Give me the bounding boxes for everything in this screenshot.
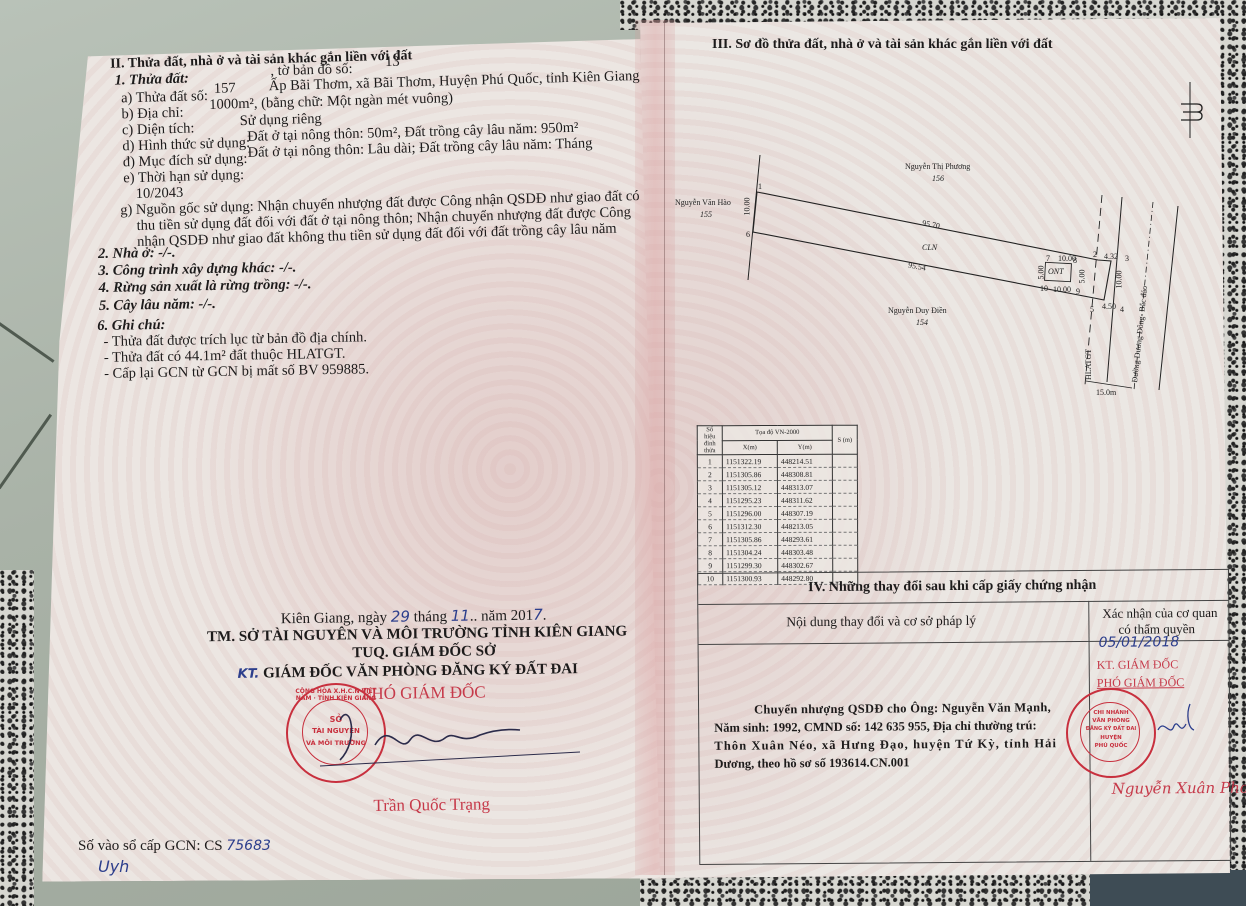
section-iv-title: IV. Những thay đổi sau khi cấp giấy chứn… (808, 577, 1096, 596)
s-cell (832, 493, 857, 506)
confirm-title-1: KT. GIÁM ĐỐC (1097, 656, 1179, 674)
change-entry-line: Chuyển nhượng QSDĐ cho Ông: Nguyễn Văn M… (754, 699, 1051, 718)
point-cell: 8 (698, 546, 723, 559)
s-cell (833, 519, 858, 532)
point-cell: 2 (697, 468, 722, 481)
edge-10-9: 10.00 (1053, 285, 1071, 294)
land-type-cln: CLN (922, 243, 937, 252)
neighbor-south: Nguyễn Duy Điền (888, 306, 947, 315)
y-cell: 448311.62 (777, 493, 832, 506)
table-row: 81151304.24448303.48 (698, 545, 858, 559)
corridor-width: 15.0m (1096, 388, 1116, 397)
col-point: Số hiệu đỉnh thửa (697, 426, 722, 455)
edge-1-6: 10.00 (743, 198, 752, 216)
change-entry-line: Dương, theo hồ sơ số 193614.CN.001 (714, 754, 909, 773)
issuer-signer-name: Trần Quốc Trạng (373, 795, 490, 814)
s-cell (833, 545, 858, 558)
s-cell (833, 506, 858, 519)
x-cell: 1151299.30 (723, 558, 778, 571)
s-cell (833, 558, 858, 571)
y-cell: 448293.61 (778, 532, 833, 545)
s-cell (832, 480, 857, 493)
table-row: 31151305.12448313.07 (697, 480, 857, 494)
table-row: 71151305.86448293.61 (698, 532, 858, 546)
col-change-content: Nội dung thay đổi và cơ sở pháp lý (786, 612, 976, 630)
confirmation-signer: Nguyễn Xuân Phong (1112, 780, 1246, 798)
col-confirmation: Xác nhận của cơ quan (1102, 604, 1217, 622)
x-cell: 1151296.00 (723, 507, 778, 520)
y-cell: 448213.05 (778, 519, 833, 532)
edge-7-10: 5.00 (1037, 266, 1046, 280)
point-cell: 7 (698, 533, 723, 546)
issuer-office: KT. GIÁM ĐỐC VĂN PHÒNG ĐĂNG KÝ ĐẤT ĐAI (238, 661, 579, 683)
col-x: X(m) (722, 440, 777, 455)
table-row: 21151305.86448308.81 (697, 467, 857, 481)
issuer-org: TM. SỞ TÀI NGUYÊN VÀ MÔI TRƯỜNG TỈNH KIÊ… (207, 623, 627, 646)
x-cell: 1151305.12 (722, 481, 777, 494)
registry-number: Số vào sổ cấp GCN: CS 75683 (78, 838, 271, 855)
table-row: 41151295.23448311.62 (697, 493, 857, 507)
x-cell: 1151295.23 (722, 494, 777, 507)
branch-office-stamp: CHI NHÁNH VĂN PHÒNG ĐĂNG KÝ ĐẤT ĐAI HUYỆ… (1066, 688, 1156, 778)
y-cell: 448308.81 (777, 467, 832, 480)
issuer-authorization: TUQ. GIÁM ĐỐC SỞ (352, 643, 496, 662)
neighbor-north-plot: 156 (932, 174, 944, 183)
neighbor-north: Nguyễn Thị Phương (905, 162, 970, 171)
s-cell (832, 454, 857, 467)
x-cell: 1151305.86 (723, 532, 778, 545)
handwritten-signature (280, 700, 580, 770)
point-cell: 1 (697, 455, 722, 468)
coordinates-table: Số hiệu đỉnh thửa Tọa độ VN-2000 S (m) X… (697, 425, 859, 586)
neighbor-west-plot: 155 (700, 210, 712, 219)
x-cell: 1151305.86 (722, 468, 777, 481)
y-cell: 448313.07 (777, 480, 832, 493)
y-cell: 448307.19 (778, 506, 833, 519)
corridor-label: HLATGT (1084, 349, 1093, 380)
col-y: Y(m) (777, 440, 832, 455)
confirmation-date: 05/01/2018 (1098, 634, 1179, 652)
neighbor-south-plot: 154 (916, 318, 928, 327)
table-row: 91151299.30448302.67 (698, 558, 858, 572)
land-plot-diagram: Nguyễn Thị Phương 156 Nguyễn Văn Hào 155… (660, 150, 1220, 400)
col-system: Tọa độ VN-2000 (722, 425, 832, 440)
x-cell: 1151304.24 (723, 545, 778, 558)
dark-object (1090, 870, 1246, 906)
point-cell: 5 (698, 507, 723, 520)
col-s: S (m) (832, 425, 857, 454)
y-cell: 448214.51 (777, 454, 832, 467)
north-arrow-icon (1175, 80, 1205, 140)
edge-2-3: 4.32 (1104, 252, 1118, 261)
table-row: 51151296.00448307.19 (698, 506, 858, 520)
s-cell (832, 467, 857, 480)
change-entry-line: Thôn Xuân Néo, xã Hưng Đạo, huyện Tứ Kỳ,… (714, 735, 1057, 755)
registry-initials: Uyh (98, 858, 129, 875)
x-cell: 1151312.30 (723, 519, 778, 532)
edge-5-4: 4.50 (1102, 302, 1116, 311)
y-cell: 448303.48 (778, 545, 833, 558)
x-cell: 1151322.19 (722, 455, 777, 468)
table-row: 11151322.19448214.51 (697, 454, 857, 468)
neighbor-west: Nguyễn Văn Hào (675, 198, 731, 207)
point-cell: 3 (697, 481, 722, 494)
table-row: 61151312.30448213.05 (698, 519, 858, 533)
section-iii-title: III. Sơ đồ thửa đất, nhà ở và tài sản kh… (712, 36, 1053, 53)
point-cell: 6 (698, 520, 723, 533)
confirmation-signature (1150, 700, 1210, 750)
y-cell: 448302.67 (778, 558, 833, 571)
point-cell: 9 (698, 559, 723, 572)
change-entry-line: Năm sinh: 1992, CMND số: 142 635 955, Đị… (714, 717, 1037, 737)
s-cell (833, 532, 858, 545)
land-type-ont: ONT (1048, 267, 1064, 276)
edge-8-9: 5.00 (1078, 270, 1087, 284)
point-cell: 4 (697, 494, 722, 507)
edge-3-4: 10.00 (1115, 271, 1124, 289)
